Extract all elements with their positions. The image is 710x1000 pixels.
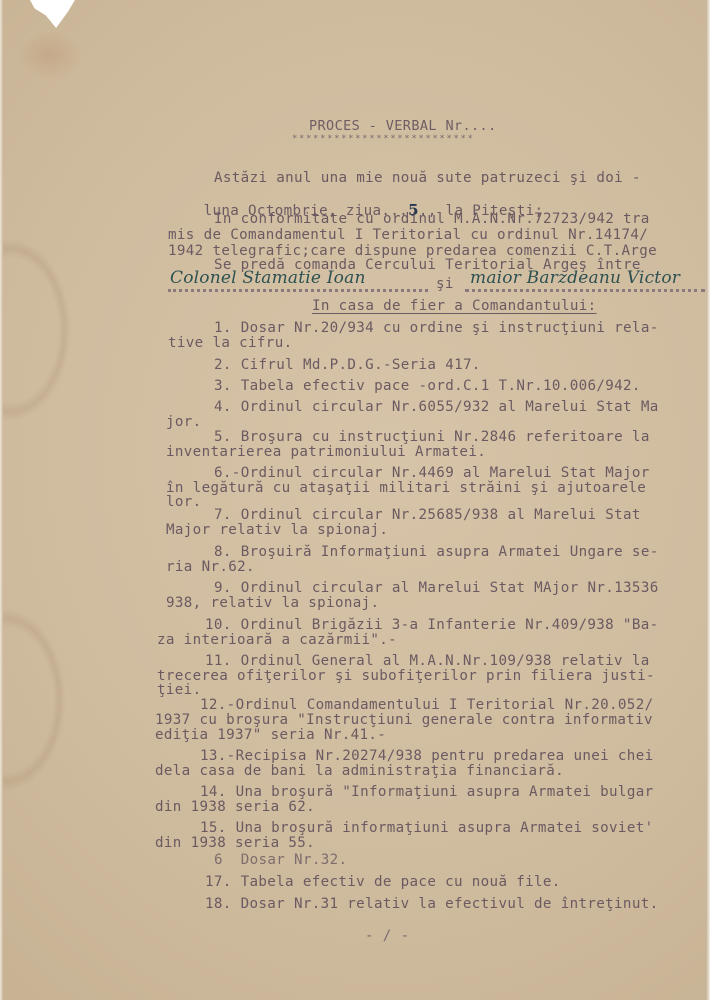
- list-item-12-cont-1: 1937 cu broşura "Instrucţiuni generale c…: [155, 712, 653, 728]
- handwritten-name-2: maior Barzdeanu Victor: [470, 268, 680, 288]
- page-mark: - / -: [365, 928, 409, 944]
- list-item-11: 11. Ordinul General al M.A.N.Nr.109/938 …: [205, 653, 650, 669]
- list-item-1: 1. Dosar Nr.20/934 cu ordine şi instrucţ…: [214, 320, 659, 336]
- list-item-17: 17. Tabela efectiv de pace cu nouă file.: [205, 874, 561, 890]
- list-item-13-cont: dela casa de bani la administraţia finan…: [155, 763, 564, 779]
- dotted-fill-line-1: [168, 289, 428, 292]
- list-item-11-cont-1: trecerea ofiţerilor şi subofiţerilor pri…: [157, 668, 655, 684]
- list-item-5: 5. Broşura cu instrucţiuni Nr.2846 refer…: [214, 429, 650, 445]
- list-item-5-cont: inventarierea patrimoniului Armatei.: [166, 444, 486, 460]
- list-item-3: 3. Tabela efectiv pace -ord.C.1 T.Nr.10.…: [214, 378, 641, 394]
- list-item-10-cont: za interioară a cazărmii".-: [157, 632, 397, 648]
- list-item-6-cont-2: lor.: [166, 494, 202, 510]
- conformity-line-2: mis de Comandamentul I Teritorial cu ord…: [168, 227, 648, 243]
- typed-document: PROCES - VERBAL Nr.... *****************…: [0, 0, 710, 1000]
- list-item-16: 6 Dosar Nr.32.: [214, 852, 347, 868]
- dotted-fill-line-2: [465, 289, 705, 292]
- list-item-8-cont: ria Nr.62.: [166, 559, 255, 575]
- list-item-12-cont-2: ediţia 1937" seria Nr.41.-: [155, 727, 386, 743]
- list-item-13: 13.-Recipisa Nr.20274/938 pentru predare…: [200, 748, 653, 764]
- list-item-7: 7. Ordinul circular Nr.25685/938 al Mare…: [214, 507, 641, 523]
- list-item-9-cont: 938, relativ la spionaj.: [166, 595, 379, 611]
- list-item-6: 6.-Ordinul circular Nr.4469 al Marelui S…: [214, 465, 650, 481]
- handwritten-name-1: Colonel Stamatie Ioan: [170, 268, 366, 288]
- list-item-15: 15. Una broşură informaţiuni asupra Arma…: [200, 820, 654, 836]
- conformity-line-1: In conformitate cu ordinul M.A.N.Nr.7272…: [214, 211, 650, 227]
- intro-line-1: Astăzi anul una mie nouă sute patruzeci …: [214, 170, 641, 186]
- list-item-14: 14. Una broşură "Informaţiuni asupra Arm…: [200, 784, 654, 800]
- list-item-12: 12.-Ordinul Comandamentului I Teritorial…: [200, 697, 653, 713]
- list-item-14-cont: din 1938 seria 62.: [155, 799, 315, 815]
- list-item-7-cont: Major relativ la spionaj.: [166, 522, 388, 538]
- title-underline-stars: **************************: [292, 131, 474, 147]
- list-item-6-cont-1: în legătură cu ataşaţii militari străini…: [166, 480, 646, 496]
- list-item-8: 8. Broşuiră Informaţiuni asupra Armatei …: [214, 544, 659, 560]
- list-item-9: 9. Ordinul circular al Marelui Stat MAjo…: [214, 580, 659, 596]
- list-item-11-cont-2: ţiei.: [157, 682, 201, 698]
- conjunction-si: şi: [436, 276, 454, 292]
- list-item-18: 18. Dosar Nr.31 relativ la efectivul de …: [205, 896, 659, 912]
- list-item-2: 2. Cifrul Md.P.D.G.-Seria 417.: [214, 357, 481, 373]
- list-item-4-cont: jor.: [166, 414, 202, 430]
- list-item-1-cont: tive la cifru.: [168, 335, 292, 351]
- section-heading: In casa de fier a Comandantului:: [312, 298, 597, 314]
- list-item-10: 10. Ordinul Brigăzii 3-a Infanterie Nr.4…: [205, 617, 659, 633]
- list-item-15-cont: din 1938 seria 55.: [155, 835, 315, 851]
- list-item-4: 4. Ordinul circular Nr.6055/932 al Marel…: [214, 399, 659, 415]
